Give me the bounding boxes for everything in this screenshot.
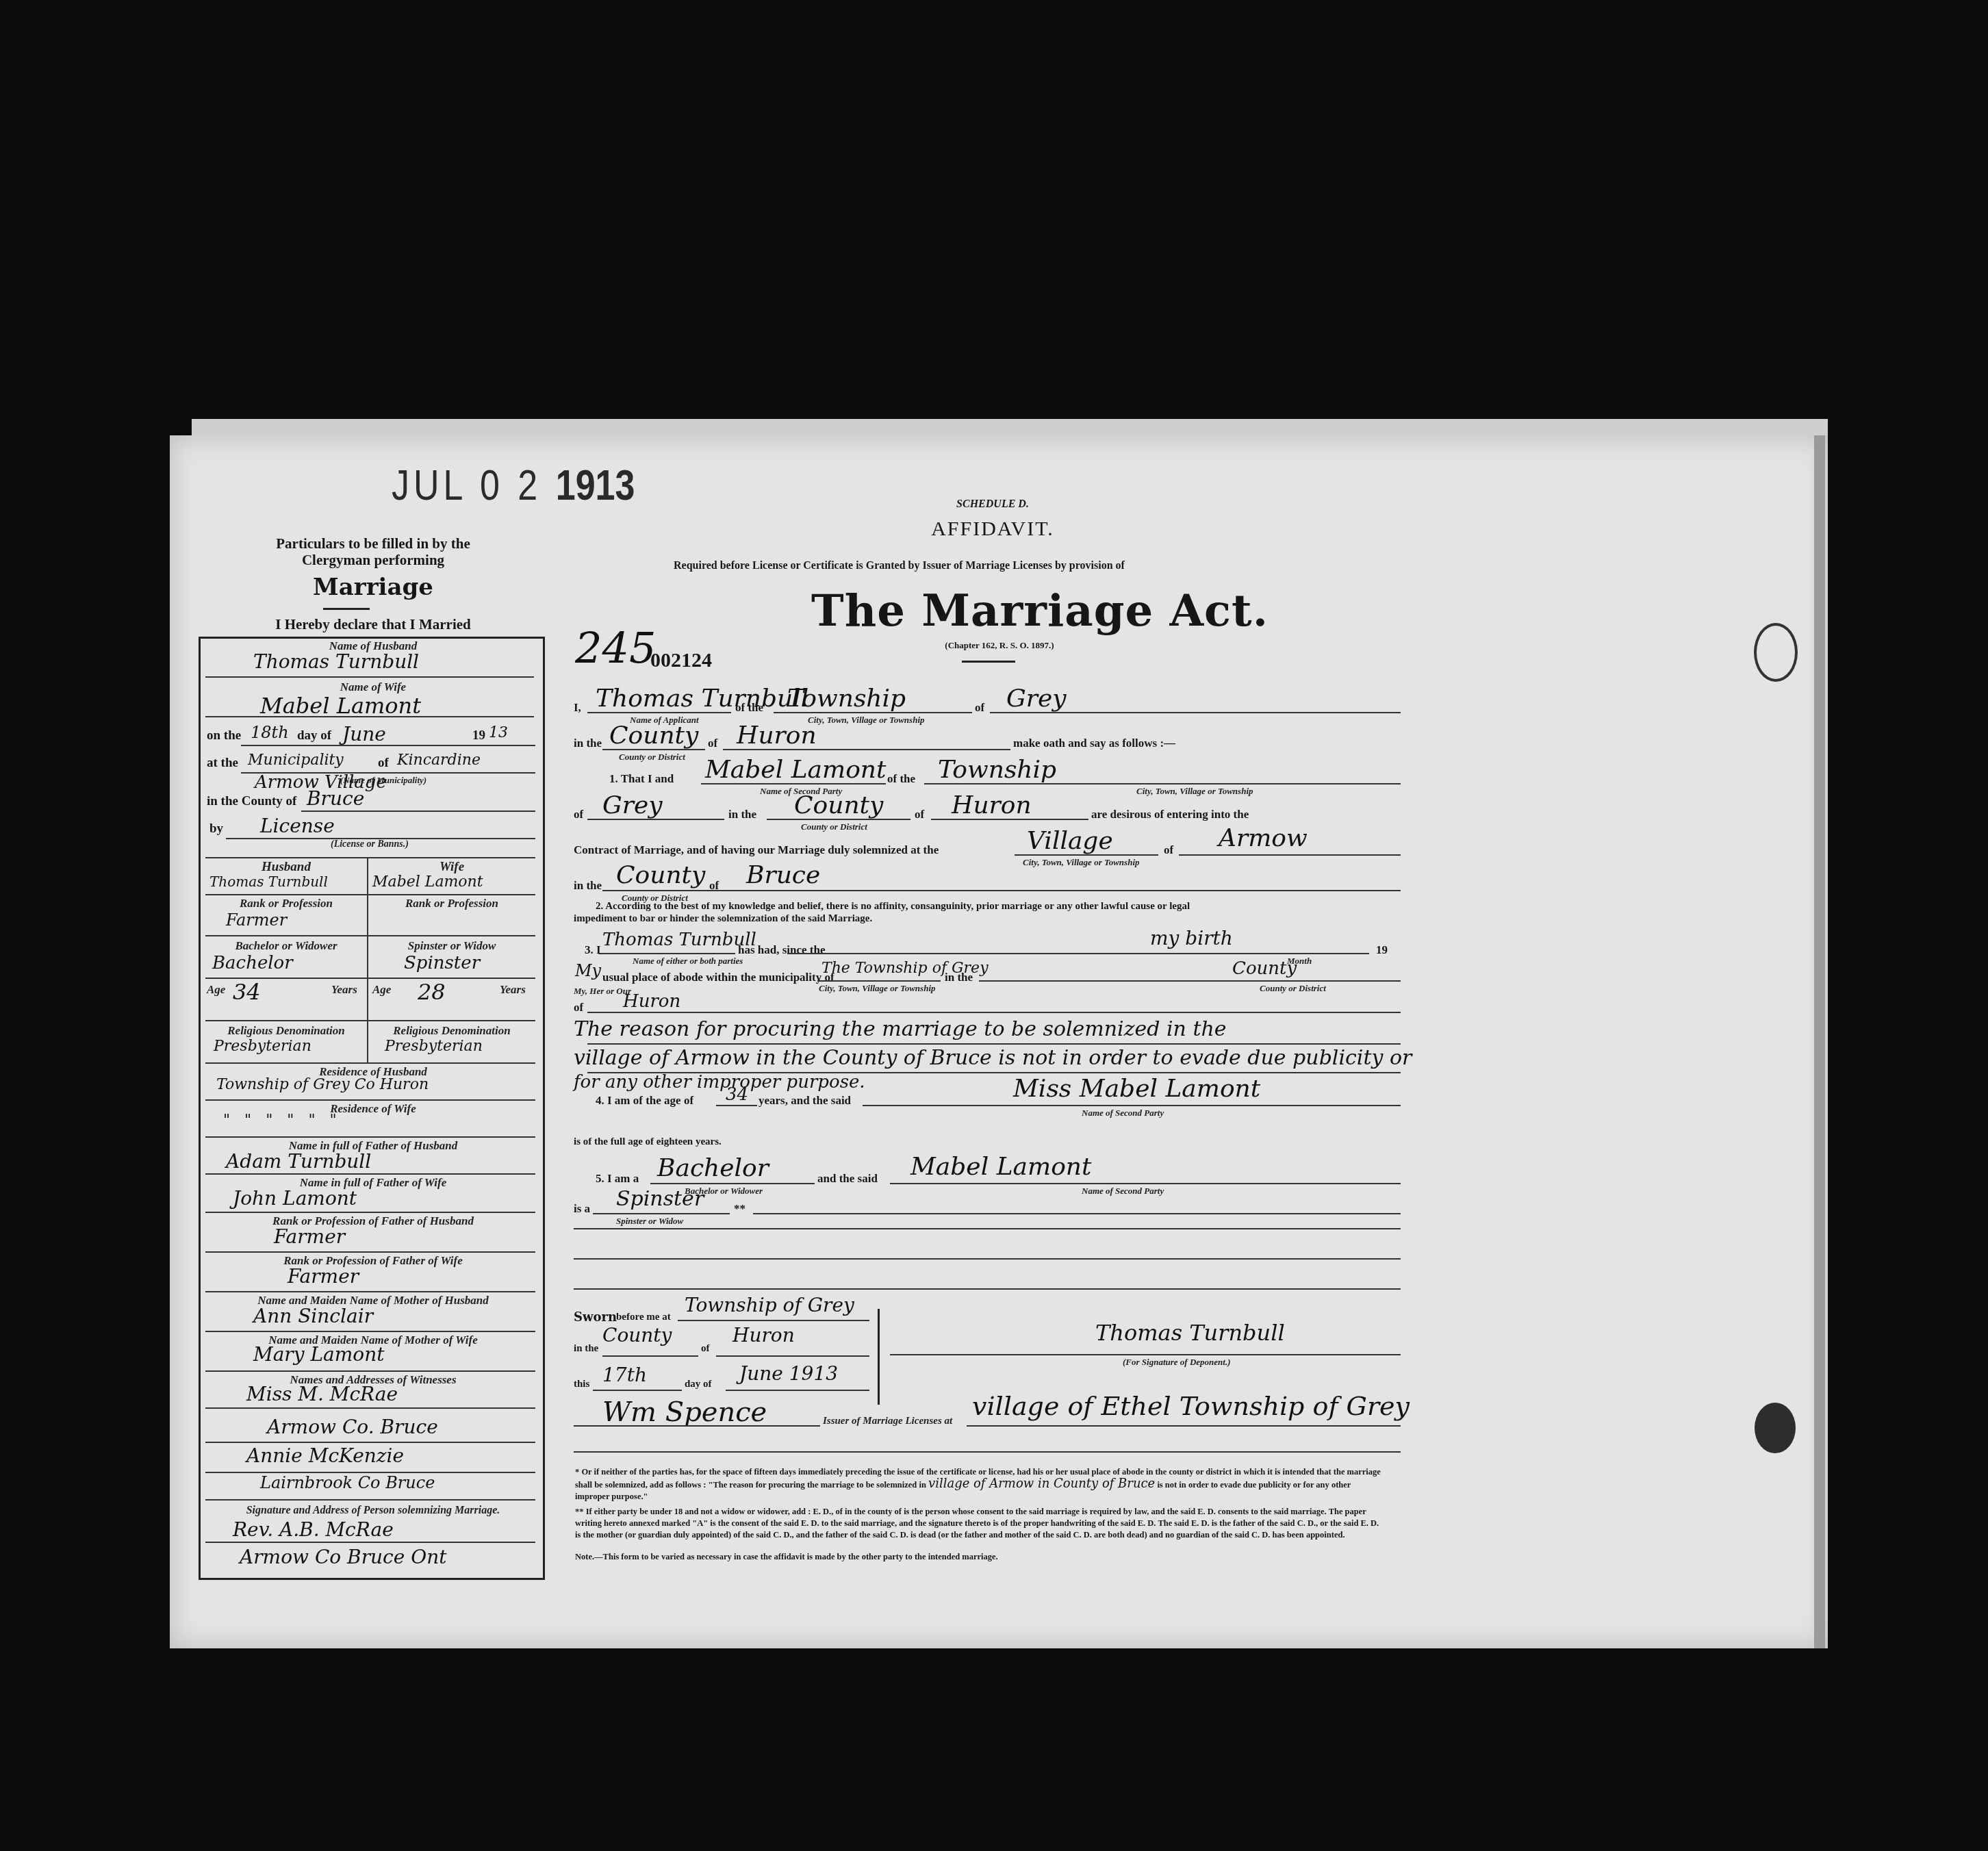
- rule: [574, 1451, 1401, 1453]
- label-on-the: on the: [207, 728, 241, 743]
- label-signature-of-deponent: (For Signature of Deponent.): [1123, 1357, 1230, 1368]
- rule: [205, 1442, 535, 1443]
- deponent-signature: Thomas Turnbull: [1095, 1320, 1285, 1346]
- rivet-icon: [1755, 1403, 1796, 1453]
- rule: [650, 1183, 815, 1184]
- label-of-the: of the: [735, 701, 763, 715]
- label-county-or-district: County or District: [801, 821, 867, 832]
- rule: [1015, 854, 1158, 856]
- received-date-stamp: JUL 0 2 1913: [392, 461, 635, 511]
- label-city-town: City, Town, Village or Township: [819, 983, 936, 994]
- column-divider: [367, 858, 368, 1064]
- label-city-town: City, Town, Village or Township: [1136, 786, 1253, 797]
- label-officiant: Signature and Address of Person solemniz…: [205, 1505, 541, 1517]
- marriage-county: Bruce: [307, 787, 364, 810]
- rule: [602, 1355, 698, 1357]
- rule: [205, 676, 534, 678]
- label-of-the: of the: [887, 772, 915, 786]
- contract-text: Contract of Marriage, and of having our …: [574, 843, 939, 857]
- required-notice: Required before License or Certificate i…: [674, 560, 1125, 572]
- para-1-prefix: 1. That I and: [609, 772, 674, 786]
- para-2: 2. According to the best of my knowledge…: [596, 901, 1190, 912]
- serial-number: 002124: [650, 649, 712, 672]
- rule: [890, 1183, 1401, 1184]
- solemnization-county-type: County: [616, 861, 705, 889]
- rule: [205, 1407, 535, 1409]
- applicant-name: Thomas Turnbull: [596, 685, 808, 713]
- sworn-month-year: June 1913: [739, 1362, 838, 1385]
- label-of: of: [975, 701, 984, 715]
- para-4-mid: years, and the said: [759, 1094, 851, 1108]
- second-party-county-type: County: [794, 791, 883, 819]
- label-of: of: [915, 808, 924, 821]
- residence-wife: " " " " " ": [223, 1112, 337, 1129]
- father-wife: John Lamont: [233, 1187, 357, 1210]
- husband-status: Bachelor: [212, 953, 293, 973]
- label-in-the: in the: [574, 1343, 598, 1355]
- bracket: [878, 1309, 880, 1405]
- label-wife: Wife: [370, 860, 534, 875]
- rule: [205, 1370, 535, 1372]
- reason-line-2: village of Armow in the County of Bruce …: [574, 1046, 1412, 1070]
- label-city-town: City, Town, Village or Township: [1023, 857, 1140, 868]
- double-star: **: [734, 1202, 745, 1216]
- witness-1-address: Armow Co. Bruce: [267, 1416, 438, 1438]
- label-husband-rank: Rank or Profession: [205, 897, 367, 910]
- rule: [205, 1499, 535, 1501]
- usual-abode-text: usual place of abode within the municipa…: [602, 971, 834, 984]
- solemnization-municipality-type: Village: [1027, 827, 1113, 855]
- rule: [587, 819, 724, 820]
- rule: [574, 1258, 1401, 1260]
- para-4-second-party: Miss Mabel Lamont: [1013, 1075, 1260, 1103]
- rule: [574, 1228, 1401, 1229]
- label-of: of: [701, 1343, 710, 1355]
- sworn-day: 17th: [602, 1364, 647, 1386]
- para-5-second-party: Mabel Lamont: [910, 1153, 1091, 1181]
- rule: [587, 1043, 1401, 1045]
- label-spinster-or-widow: Spinster or Widow: [370, 939, 534, 953]
- solemnization-county: Bruce: [746, 861, 820, 889]
- rule: [301, 810, 535, 812]
- applicant-status: Bachelor: [657, 1154, 769, 1182]
- wife-religion: Presbyterian: [385, 1038, 483, 1055]
- rule: [716, 1105, 757, 1106]
- clergy-heading-2: Clergyman performing: [205, 552, 541, 569]
- applicant-municipality-type: Township: [787, 685, 906, 713]
- affidavit-heading: AFFIDAVIT.: [849, 518, 1136, 541]
- father-husband-rank: Farmer: [274, 1225, 345, 1248]
- label-city-town: City, Town, Village or Township: [808, 715, 925, 726]
- rule: [602, 749, 705, 750]
- label-years: Years: [331, 983, 357, 997]
- para-3-prefix: 3. I: [585, 943, 601, 957]
- rule: [241, 745, 535, 746]
- rule: [774, 712, 972, 713]
- rule: [205, 1291, 535, 1292]
- rule: [726, 1390, 869, 1391]
- rule: [787, 953, 1369, 954]
- marriage-month: June: [342, 723, 386, 745]
- rule: [678, 1320, 869, 1321]
- rule: [205, 935, 535, 936]
- municipality-name: Kincardine: [397, 752, 481, 769]
- label-day-of: day of: [685, 1379, 712, 1390]
- rule: [931, 819, 1088, 820]
- rule: [574, 1425, 820, 1427]
- label-name-of-second-party: Name of Second Party: [1082, 1186, 1164, 1197]
- label-year-prefix: 19: [472, 728, 485, 743]
- label-of: of: [1164, 843, 1173, 857]
- label-in-the: in the: [728, 808, 756, 821]
- rule: [205, 716, 534, 717]
- rule: [863, 1105, 1401, 1106]
- reason-line-3: for any other improper purpose.: [574, 1072, 865, 1093]
- rule: [205, 857, 535, 858]
- rule: [205, 1062, 535, 1064]
- applicant-age: 34: [726, 1084, 748, 1105]
- label-wife-rank: Rank or Profession: [370, 897, 534, 910]
- has-had-text: has had, since the: [738, 943, 826, 957]
- label-father-husband-rank: Rank or Profession of Father of Husband: [205, 1214, 541, 1228]
- label-husband-age: Age: [207, 983, 225, 997]
- rule: [924, 783, 1401, 784]
- second-party-status: Spinster: [616, 1187, 704, 1211]
- second-party-county: Huron: [952, 791, 1032, 819]
- label-by: by: [209, 821, 223, 837]
- para-2-cont: impediment to bar or hinder the solemniz…: [574, 913, 872, 925]
- sworn-place: Township of Grey: [685, 1294, 854, 1316]
- footnote-1-fill: village of Armow in County of Bruce: [928, 1477, 1155, 1491]
- witness-2-address: Lairnbrook Co Bruce: [260, 1473, 435, 1492]
- mother-wife: Mary Lamont: [253, 1343, 384, 1366]
- sworn-county-type: County: [602, 1324, 672, 1346]
- label-at-the: at the: [207, 756, 238, 771]
- para-4-prefix: 4. I am of the age of: [596, 1094, 693, 1108]
- sworn-county: Huron: [732, 1324, 795, 1346]
- footnote-1: * Or if neither of the parties has, for …: [575, 1466, 1383, 1503]
- second-party-name: Mabel Lamont: [705, 756, 886, 784]
- label-issuer: Issuer of Marriage Licenses at: [823, 1416, 952, 1427]
- husband-signature: Thomas Turnbull: [209, 873, 328, 890]
- rule: [990, 712, 1401, 713]
- rule: [205, 1212, 535, 1213]
- label-county-or-district: County or District: [619, 752, 685, 763]
- label-husband-religion: Religious Denomination: [205, 1024, 367, 1038]
- marriage-year-suffix: 13: [489, 724, 508, 741]
- father-wife-rank: Farmer: [288, 1265, 359, 1288]
- label-bachelor-or-widower: Bachelor or Widower: [205, 939, 367, 953]
- label-husband: Husband: [205, 860, 367, 875]
- label-19: 19: [1376, 943, 1388, 957]
- wife-age: 28: [418, 979, 446, 1005]
- para-5-prefix: 5. I am a: [596, 1172, 639, 1186]
- officiant-address: Armow Co Bruce Ont: [240, 1546, 446, 1568]
- husband-age: 34: [233, 979, 261, 1005]
- document-title: The Marriage Act.: [811, 585, 1269, 637]
- rule: [967, 1425, 1401, 1427]
- label-of: of: [574, 1001, 583, 1014]
- rule: [890, 1354, 1401, 1355]
- divider: [962, 661, 1015, 663]
- label-father-wife-rank: Rank or Profession of Father of Wife: [205, 1254, 541, 1268]
- para-4-suffix: is of the full age of eighteen years.: [574, 1136, 722, 1148]
- rule: [716, 890, 1401, 891]
- rule: [593, 1213, 730, 1214]
- label-of: of: [574, 808, 583, 821]
- rule: [205, 1173, 535, 1175]
- municipality-type: Municipality: [248, 752, 344, 769]
- issuer-place: village of Ethel Township of Grey: [972, 1391, 1410, 1421]
- wife-status: Spinster: [404, 953, 480, 973]
- schedule-label: SCHEDULE D.: [890, 498, 1095, 511]
- father-husband: Adam Turnbull: [226, 1150, 371, 1173]
- rule: [598, 953, 735, 954]
- rule: [587, 712, 731, 713]
- clergy-heading-1: Particulars to be filled in by the: [205, 535, 541, 552]
- para-3-name: Thomas Turnbull: [602, 930, 756, 950]
- rule: [593, 1390, 682, 1391]
- and-the-said-text: and the said: [817, 1172, 878, 1186]
- witness-2-name: Annie McKenzie: [246, 1444, 404, 1467]
- husband-name: Thomas Turnbull: [253, 650, 419, 673]
- abode-possessive: My: [575, 961, 601, 980]
- applicant-county-type: County: [609, 722, 698, 750]
- label-day-of: day of: [297, 728, 331, 743]
- abode-county-type: County: [1232, 958, 1297, 979]
- applicant-municipality: Grey: [1006, 685, 1067, 713]
- label-in-the: in the: [574, 879, 602, 893]
- label-wife-religion: Religious Denomination: [370, 1024, 534, 1038]
- second-party-municipality-type: Township: [938, 756, 1056, 784]
- license-or-banns-value: License: [260, 815, 335, 837]
- label-license-or-banns: (License or Banns.): [288, 839, 452, 850]
- rule: [716, 1355, 869, 1357]
- rule: [205, 1020, 535, 1021]
- form-note: Note.—This form to be varied as necessar…: [575, 1551, 1383, 1563]
- footnote-2: ** If either party be under 18 and not a…: [575, 1506, 1383, 1541]
- clergy-heading-4: I Hereby declare that I Married: [205, 616, 541, 633]
- label-i: I,: [574, 701, 581, 715]
- clergy-heading-marriage: Marriage: [205, 574, 541, 601]
- rule: [753, 1213, 1401, 1214]
- label-is-a: is a: [574, 1202, 590, 1216]
- desirous-text: are desirous of entering into the: [1091, 808, 1249, 821]
- witness-1-name: Miss M. McRae: [246, 1383, 398, 1405]
- label-county-or-district: County or District: [1260, 983, 1326, 994]
- applicant-county: Huron: [737, 722, 817, 750]
- rule: [205, 1099, 535, 1101]
- wife-name: Mabel Lamont: [260, 693, 421, 719]
- rule: [205, 1331, 535, 1332]
- chapter-reference: (Chapter 162, R. S. O. 1897.): [917, 640, 1082, 651]
- label-in-the: in the: [574, 737, 602, 750]
- label-of: of: [708, 737, 717, 750]
- label-spinster-or-widow: Spinster or Widow: [616, 1216, 683, 1227]
- marriage-day: 18th: [251, 723, 289, 742]
- abode-county: Huron: [623, 991, 680, 1012]
- husband-religion: Presbyterian: [214, 1038, 311, 1055]
- before-me-at-text: before me at: [616, 1312, 671, 1323]
- rule: [723, 749, 1010, 750]
- rule: [817, 980, 941, 982]
- label-name-either: Name of either or both parties: [633, 956, 743, 967]
- officiant-signature: Rev. A.B. McRae: [233, 1518, 394, 1541]
- issuer-signature: Wm Spence: [602, 1396, 767, 1428]
- paper-right-edge: [1814, 435, 1825, 1648]
- label-name-of-wife: Name of Wife: [205, 680, 541, 694]
- label-name-of-second-party: Name of Second Party: [1082, 1108, 1164, 1119]
- rule: [767, 819, 910, 820]
- mother-husband: Ann Sinclair: [253, 1305, 373, 1327]
- rule: [979, 980, 1401, 982]
- rule: [205, 1251, 535, 1253]
- since-value: my birth: [1150, 927, 1233, 949]
- rule: [205, 1136, 535, 1138]
- divider: [323, 608, 370, 610]
- make-oath-text: make oath and say as follows :—: [1013, 737, 1175, 750]
- label-this: this: [574, 1379, 589, 1390]
- sworn-label: Sworn: [574, 1310, 617, 1325]
- rule: [205, 1542, 535, 1543]
- label-wife-age: Age: [372, 983, 391, 997]
- label-in-the: in the: [945, 971, 973, 984]
- margin-number: 245: [575, 623, 656, 673]
- reason-line-1: The reason for procuring the marriage to…: [574, 1017, 1227, 1041]
- second-party-municipality: Grey: [602, 791, 663, 819]
- rule: [587, 1012, 1401, 1013]
- rule: [205, 894, 535, 895]
- residence-husband: Township of Grey Co Huron: [216, 1076, 429, 1093]
- rule: [574, 1288, 1401, 1290]
- paper-clip-icon: [1754, 623, 1798, 682]
- husband-rank: Farmer: [226, 910, 287, 930]
- rule: [701, 783, 886, 784]
- label-of: of: [378, 756, 389, 771]
- solemnization-municipality: Armow: [1219, 824, 1308, 852]
- label-county-of: in the County of: [207, 794, 296, 809]
- wife-signature: Mabel Lamont: [372, 873, 483, 891]
- label-name-of-municipality: (Name of Municipality): [315, 775, 452, 786]
- label-years: Years: [500, 983, 526, 997]
- rule: [1179, 854, 1401, 856]
